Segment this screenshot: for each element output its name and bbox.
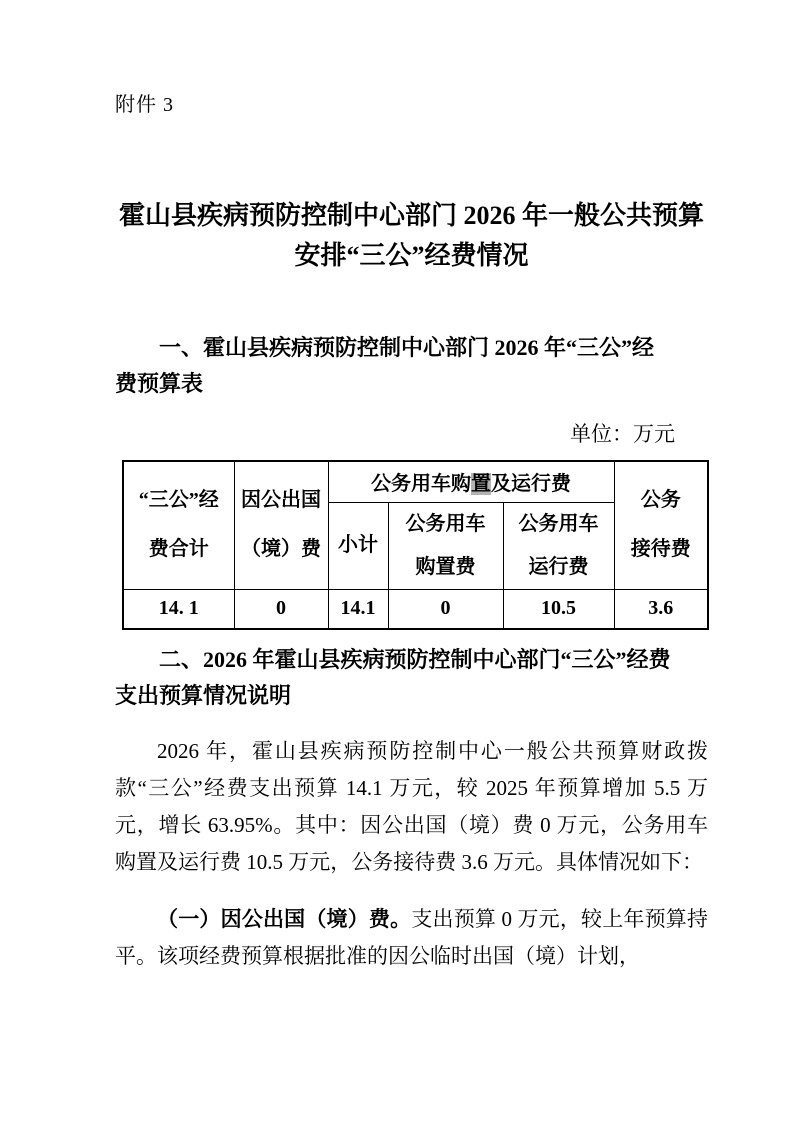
th-vehicle-purchase: 公务用车 购置费	[388, 502, 503, 589]
summary-paragraph: 2026 年，霍山县疾病预防控制中心一般公共预算财政拨款“三公”经费支出预算 1…	[115, 733, 708, 881]
th-abroad-fee: 因公出国 （境）费	[234, 461, 328, 589]
table-data-row: 14. 1 0 14.1 0 10.5 3.6	[123, 589, 708, 629]
cell-reception-fee: 3.6	[614, 589, 708, 629]
section-1-heading-line-2: 费预算表	[115, 366, 708, 402]
section-1-heading-line-1: 一、霍山县疾病预防控制中心部门 2026 年“三公”经	[115, 330, 708, 366]
th-vehicle-group: 公务用车购置及运行费	[328, 461, 614, 502]
section-2-heading: 二、2026 年霍山县疾病预防控制中心部门“三公”经费 支出预算情况说明	[115, 642, 708, 714]
cell-sangong-total: 14. 1	[123, 589, 234, 629]
document-title-line-2: 安排“三公”经费情况	[115, 236, 708, 276]
th-vehicle-group-text-highlight: 置	[471, 473, 491, 495]
table-unit-label: 单位：万元	[115, 419, 708, 449]
section-2-heading-line-1: 二、2026 年霍山县疾病预防控制中心部门“三公”经费	[115, 642, 708, 678]
th-subtotal: 小计	[328, 502, 388, 589]
document-page: 附件 3 霍山县疾病预防控制中心部门 2026 年一般公共预算 安排“三公”经费…	[0, 0, 793, 1122]
cell-abroad-fee: 0	[234, 589, 328, 629]
section-1-heading: 一、霍山县疾病预防控制中心部门 2026 年“三公”经 费预算表	[115, 330, 708, 402]
attachment-label: 附件 3	[115, 91, 708, 119]
th-vehicle-group-text-pre: 公务用车购	[371, 473, 471, 495]
document-title-line-1: 霍山县疾病预防控制中心部门 2026 年一般公共预算	[115, 196, 708, 236]
table-header-row-1: “三公”经 费合计 因公出国 （境）费 公务用车购置及运行费 公务 接待费	[123, 461, 708, 502]
th-vehicle-operation: 公务用车 运行费	[503, 502, 614, 589]
cell-vehicle-operation: 10.5	[503, 589, 614, 629]
cell-vehicle-purchase: 0	[388, 589, 503, 629]
item-1-paragraph: （一）因公出国（境）费。支出预算 0 万元，较上年预算持平。该项经费预算根据批准…	[115, 901, 708, 975]
sangong-budget-table: “三公”经 费合计 因公出国 （境）费 公务用车购置及运行费 公务 接待费 小计…	[122, 460, 709, 630]
document-title: 霍山县疾病预防控制中心部门 2026 年一般公共预算 安排“三公”经费情况	[115, 196, 708, 276]
th-sangong-total: “三公”经 费合计	[123, 461, 234, 589]
document-content: 附件 3 霍山县疾病预防控制中心部门 2026 年一般公共预算 安排“三公”经费…	[115, 0, 708, 975]
th-vehicle-group-text-post: 及运行费	[491, 473, 571, 495]
cell-subtotal: 14.1	[328, 589, 388, 629]
section-2-heading-line-2: 支出预算情况说明	[115, 678, 708, 714]
th-reception-fee: 公务 接待费	[614, 461, 708, 589]
item-1-paragraph-lead: （一）因公出国（境）费。	[157, 907, 411, 931]
